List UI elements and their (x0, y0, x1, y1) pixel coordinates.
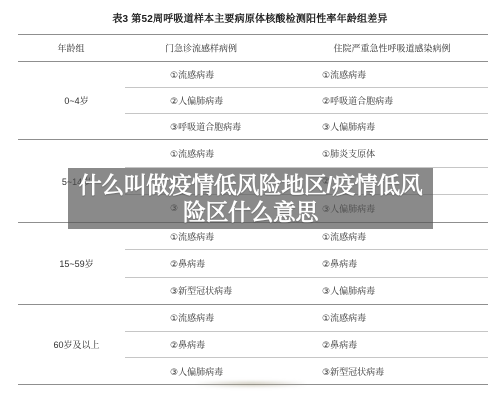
age-group-label: 0~4岁 (18, 62, 125, 139)
table-title: 表3 第52周呼吸道样本主要病原体核酸检测阳性率年龄组差异 (0, 0, 500, 34)
caption-line-1: 什么叫做疫情低风险地区/疫情低风 (79, 172, 422, 199)
inpatient-rank-3: ③人偏肺病毒 (317, 284, 488, 297)
outpatient-rank-3: ③人偏肺病毒 (125, 365, 317, 378)
outpatient-rank-3: ③新型冠状病毒 (125, 284, 317, 297)
inpatient-rank-1: ①肺炎支原体 (317, 147, 488, 160)
header-inpatient-sari: 住院严重急性呼吸道感染病例 (333, 42, 450, 55)
inpatient-rank-1: ①流感病毒 (317, 230, 488, 243)
screenshot-root: 表3 第52周呼吸道样本主要病原体核酸检测阳性率年龄组差异 年龄组 门急诊流感样… (0, 0, 500, 402)
table-row-age-15-59: 15~59岁 ①流感病毒 ①流感病毒 ②鼻病毒 ②鼻病毒 ③新型冠状病毒 ③人偏… (18, 223, 488, 305)
caption-line-2: 险区什么意思 (183, 199, 318, 226)
header-outpatient-ili: 门急诊流感样病例 (165, 42, 237, 55)
outpatient-rank-2: ②人偏肺病毒 (125, 94, 317, 107)
table-row-age-60-plus: 60岁及以上 ①流感病毒 ①流感病毒 ②鼻病毒 ②鼻病毒 ③人偏肺病毒 ③新型冠… (18, 305, 488, 385)
inpatient-rank-2: ②鼻病毒 (317, 257, 488, 270)
rank-row: ③呼吸道合胞病毒 ③人偏肺病毒 (125, 114, 488, 139)
outpatient-rank-2: ②鼻病毒 (125, 257, 317, 270)
rank-row: ③人偏肺病毒 ③新型冠状病毒 (125, 358, 488, 384)
inpatient-rank-1: ①流感病毒 (317, 311, 488, 324)
inpatient-rank-3: ③新型冠状病毒 (317, 365, 488, 378)
watermark-smudge (197, 381, 305, 387)
age-group-label: 15~59岁 (18, 223, 125, 304)
age-group-label: 60岁及以上 (18, 305, 125, 384)
outpatient-rank-1: ①流感病毒 (125, 68, 317, 81)
rank-row: ①流感病毒 ①流感病毒 (125, 62, 488, 88)
table-row-age-0-4: 0~4岁 ①流感病毒 ①流感病毒 ②人偏肺病毒 ②呼吸道合胞病毒 ③呼吸道合胞病… (18, 62, 488, 140)
inpatient-rank-3: ③人偏肺病毒 (317, 120, 488, 133)
rank-row: ②人偏肺病毒 ②呼吸道合胞病毒 (125, 88, 488, 114)
header-age-group: 年龄组 (57, 42, 84, 55)
outpatient-rank-1: ①流感病毒 (125, 311, 317, 324)
rank-row: ①流感病毒 ①流感病毒 (125, 305, 488, 332)
inpatient-rank-1: ①流感病毒 (317, 68, 488, 81)
rank-row: ①流感病毒 ①肺炎支原体 (125, 140, 488, 168)
outpatient-rank-3: ③呼吸道合胞病毒 (125, 120, 317, 133)
caption-banner: 什么叫做疫情低风险地区/疫情低风 险区什么意思 (68, 168, 433, 229)
rank-row: ②鼻病毒 ②鼻病毒 (125, 250, 488, 277)
outpatient-rank-1: ①流感病毒 (125, 147, 317, 160)
outpatient-rank-1: ①流感病毒 (125, 230, 317, 243)
table-header-row: 年龄组 门急诊流感样病例 住院严重急性呼吸道感染病例 (18, 34, 488, 62)
inpatient-rank-2: ②呼吸道合胞病毒 (317, 94, 488, 107)
rank-row: ②鼻病毒 ②鼻病毒 (125, 332, 488, 359)
inpatient-rank-2: ②鼻病毒 (317, 338, 488, 351)
outpatient-rank-2: ②鼻病毒 (125, 338, 317, 351)
rank-row: ③新型冠状病毒 ③人偏肺病毒 (125, 278, 488, 304)
